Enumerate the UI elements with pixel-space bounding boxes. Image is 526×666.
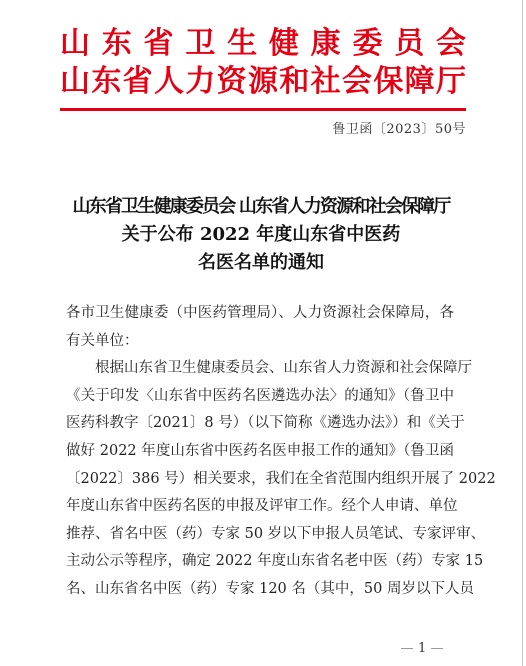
body-line: 根据山东省卫生健康委员会、山东省人力资源和社会保障厅 [66, 355, 454, 383]
red-separator-rule [60, 108, 466, 111]
body-line: 做好 2022 年度山东省中医药名医申报工作的通知》（鲁卫函 [66, 438, 454, 466]
page-number: 1 [396, 641, 448, 656]
body-line: 年度山东省中医药名医的申报及评审工作。经个人申请、单位 [66, 493, 454, 521]
document-body: 各市卫生健康委（中医药管理局）、人力资源社会保障局，各 有关单位： 根据山东省卫… [66, 300, 454, 604]
issuer-header-line-1: 山东省卫生健康委员会 [60, 26, 466, 62]
recipient-line: 各市卫生健康委（中医药管理局）、人力资源社会保障局，各 [66, 300, 454, 328]
document-title-line-3: 名医名单的通知 [0, 248, 522, 274]
issuer-header-line-2: 山东省人力资源和社会保障厅 [60, 64, 466, 100]
body-line: 医药科教字〔2021〕8 号）（以下简称《遴选办法》）和《关于 [66, 410, 454, 438]
body-line: 推荐、省名中医（药）专家 50 岁以下申报人员笔试、专家评审、 [66, 521, 454, 549]
body-line: 名、山东省名中医（药）专家 120 名（其中，50 周岁以下人员 [66, 576, 454, 604]
document-title-line-1: 山东省卫生健康委员会 山东省人力资源和社会保障厅 [0, 192, 522, 218]
document-page: 山东省卫生健康委员会 山东省人力资源和社会保障厅 鲁卫函〔2023〕50号 山东… [0, 0, 523, 666]
dash-right [431, 648, 443, 649]
body-line: 〔2022〕386 号）相关要求，我们在全省范围内组织开展了 2022 [66, 466, 454, 494]
body-line: 主动公示等程序，确定 2022 年度山东省名老中医（药）专家 15 [66, 548, 454, 576]
body-line: 《关于印发〈山东省中医药名医遴选办法〉的通知》（鲁卫中 [66, 383, 454, 411]
page-number-value: 1 [418, 641, 426, 656]
recipient-line: 有关单位： [66, 328, 454, 356]
document-number: 鲁卫函〔2023〕50号 [332, 118, 466, 137]
body-paragraph: 根据山东省卫生健康委员会、山东省人力资源和社会保障厅 《关于印发〈山东省中医药名… [66, 355, 454, 603]
dash-left [401, 648, 413, 649]
document-title-line-2: 关于公布 2022 年度山东省中医药 [0, 220, 522, 246]
recipient-paragraph: 各市卫生健康委（中医药管理局）、人力资源社会保障局，各 有关单位： [66, 300, 454, 355]
